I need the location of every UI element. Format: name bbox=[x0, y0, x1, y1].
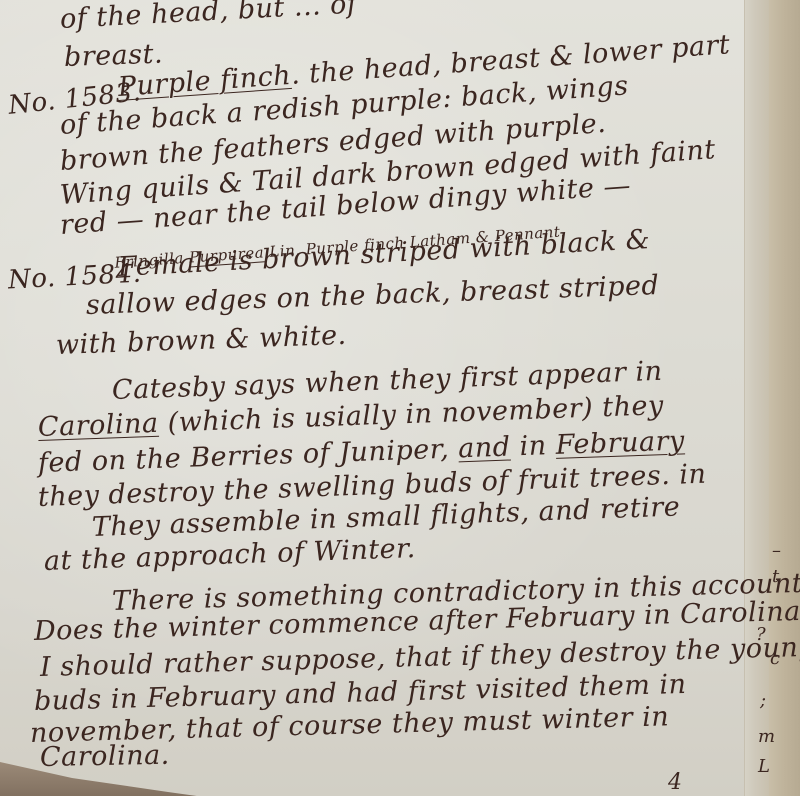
line-text: Carolina. bbox=[40, 740, 170, 773]
text-line: breast. bbox=[63, 39, 163, 73]
manuscript-photo: of the head, but ... of breast. No. 1583… bbox=[0, 0, 800, 796]
place-name: Carolina bbox=[37, 408, 159, 443]
line-text: in bbox=[510, 430, 556, 463]
margin-mark: – bbox=[772, 540, 781, 561]
line-text: of the head, but ... of bbox=[59, 0, 358, 35]
margin-mark: t bbox=[772, 566, 779, 587]
text-line: of the head, but ... of bbox=[59, 0, 358, 35]
page-right-edge bbox=[744, 0, 769, 796]
margin-mark: m bbox=[758, 726, 775, 747]
margin-mark: ; bbox=[760, 690, 766, 711]
text-line: with brown & white. bbox=[55, 320, 347, 361]
line-text-underlined: and bbox=[458, 432, 511, 465]
line-text: with brown & white. bbox=[55, 320, 347, 361]
margin-mark: L bbox=[758, 756, 770, 777]
month-name: February bbox=[555, 425, 685, 460]
margin-mark: ? bbox=[756, 624, 766, 645]
margin-mark: c bbox=[770, 648, 780, 669]
underlying-page-edge bbox=[768, 0, 800, 796]
line-text: breast. bbox=[63, 39, 163, 73]
text-line: Carolina. bbox=[40, 740, 170, 773]
manuscript-page: of the head, but ... of breast. No. 1583… bbox=[0, 0, 768, 796]
page-mark-bottom: 4 bbox=[668, 770, 682, 795]
